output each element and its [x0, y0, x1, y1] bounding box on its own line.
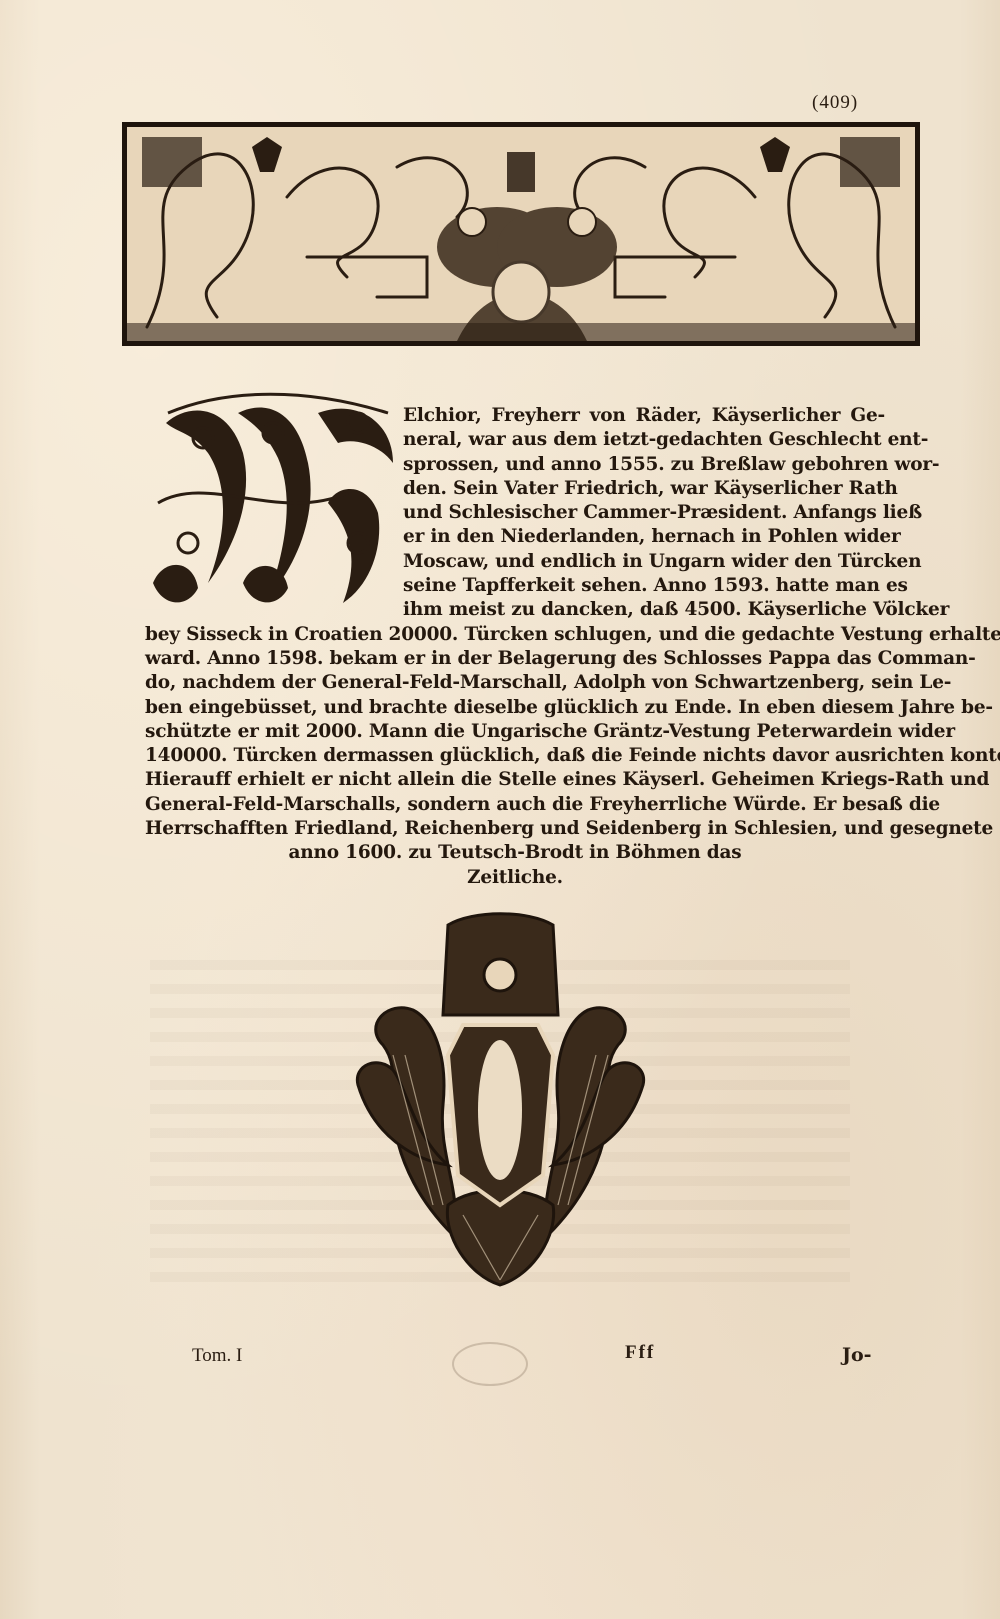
- text-line: seine Tapfferkeit sehen. Anno 1593. hatt…: [403, 574, 885, 598]
- footer-catchword: Jo-: [842, 1344, 872, 1366]
- text-line: anno 1600. zu Teutsch-Brodt in Böhmen da…: [145, 841, 885, 865]
- text-line: den. Sein Vater Friedrich, war Käyserlic…: [403, 477, 885, 501]
- ornament-icon: [127, 127, 915, 341]
- text-line: er in den Niederlanden, hernach in Pohle…: [403, 525, 885, 549]
- text-line: ward. Anno 1598. bekam er in der Belager…: [145, 647, 885, 671]
- article-body: Elchior, Freyherr von Räder, Käyserliche…: [145, 404, 885, 890]
- text-line: und Schlesischer Cammer-Præsident. Anfan…: [403, 501, 885, 525]
- text-line: Moscaw, und endlich in Ungarn wider den …: [403, 550, 885, 574]
- text-line: Elchior, Freyherr von Räder, Käyserliche…: [403, 404, 885, 428]
- text-line: neral, war aus dem ietzt-gedachten Gesch…: [403, 428, 885, 452]
- footer-signature-mark: Fff: [625, 1342, 655, 1364]
- cartouche-icon: [353, 905, 648, 1290]
- tailpiece-cartouche: [353, 905, 648, 1290]
- text-line: 140000. Türcken dermassen glücklich, daß…: [145, 744, 885, 768]
- text-line: schützte er mit 2000. Mann die Ungarisch…: [145, 720, 885, 744]
- header-woodcut-banner: [122, 122, 920, 346]
- text-line-final: Zeitliche.: [145, 866, 885, 890]
- text-line: Hierauff erhielt er nicht allein die Ste…: [145, 768, 885, 792]
- page-number: (409): [812, 92, 858, 114]
- text-line: sprossen, und anno 1555. zu Breßlaw gebo…: [403, 453, 885, 477]
- footer-volume: Tom. I: [192, 1345, 242, 1367]
- text-line: ben eingebüsset, und brachte dieselbe gl…: [145, 696, 885, 720]
- text-line: ihm meist zu dancken, daß 4500. Käyserli…: [403, 598, 885, 622]
- library-stamp: [452, 1342, 528, 1386]
- text-line: bey Sisseck in Croatien 20000. Türcken s…: [145, 623, 885, 647]
- text-line: General-Feld-Marschalls, sondern auch di…: [145, 793, 885, 817]
- text-line: do, nachdem der General-Feld-Marschall, …: [145, 671, 885, 695]
- text-line: Herrschafften Friedland, Reichenberg und…: [145, 817, 885, 841]
